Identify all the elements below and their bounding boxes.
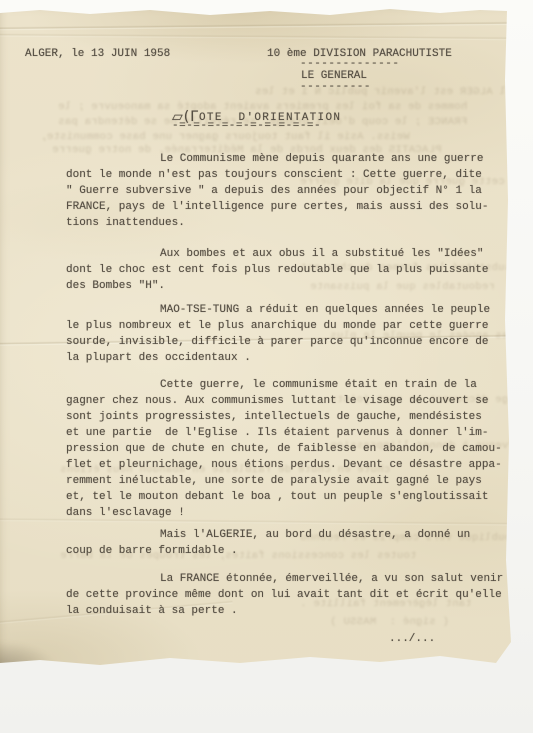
typewritten-text-layer: ALGER, le 13 JUIN 1958 10 ème DIVISION P… <box>0 0 533 733</box>
text-line: dans l'esclavage ! <box>66 505 502 521</box>
text-line: MAO-TSE-TUNG a réduit en quelques années… <box>66 302 502 318</box>
text-line: sourde, invisible, difficile à parer par… <box>66 334 502 350</box>
role-underline: ---------- <box>300 79 371 95</box>
date-line: ALGER, le 13 JUIN 1958 <box>25 46 170 62</box>
text-line: sont joints progressistes, intellectuels… <box>66 409 502 425</box>
text-line: Le Communisme mène depuis quarante ans u… <box>66 151 502 167</box>
text-line: FRANCE, pays de l'intelligence pure cert… <box>66 199 502 215</box>
text-line: flet et pleurnichage, nous étions perdus… <box>66 457 502 473</box>
text-line: dont le choc est cent fois plus redoutab… <box>66 262 502 278</box>
text-line: des Bombes "H". <box>66 278 502 294</box>
text-line: et, tel le mouton debant le boa , tout u… <box>66 489 502 505</box>
text-line: " Guerre subversive " a depuis des année… <box>66 183 502 199</box>
text-line: Aux bombes et aux obus il a substitué le… <box>66 246 502 262</box>
text-line: Mais l'ALGERIE, au bord du désastre, a d… <box>66 527 502 543</box>
text-line: gagner chez nous. Aux communismes luttan… <box>66 393 502 409</box>
paragraph: MAO-TSE-TUNG a réduit en quelques années… <box>66 302 502 366</box>
document-page: annexe le colonel ALGER est l'avenir pub… <box>0 0 533 733</box>
text-line: remment inéluctable, une sorte de paraly… <box>66 473 502 489</box>
paragraph: Cette guerre, le communisme était en tra… <box>66 377 502 521</box>
text-line: Cette guerre, le communisme était en tra… <box>66 377 502 393</box>
scanned-document-photo: annexe le colonel ALGER est l'avenir pub… <box>0 0 533 733</box>
paragraph: Mais l'ALGERIE, au bord du désastre, a d… <box>66 527 502 559</box>
continuation-mark: .../... <box>389 631 435 647</box>
text-line: et une partie de l'Eglise . Ils étaient … <box>66 425 502 441</box>
paragraph: Aux bombes et aux obus il a substitué le… <box>66 246 502 294</box>
paragraph: La FRANCE étonnée, émerveillée, a vu son… <box>66 571 502 619</box>
title-underline: -=-=-=-=-=-=-=-=-=-=- <box>172 118 321 134</box>
text-line: coup de barre formidable . <box>66 543 502 559</box>
text-line: tions inattendues. <box>66 215 502 231</box>
text-line: la conduisait à sa perte . <box>66 603 502 619</box>
text-line: La FRANCE étonnée, émerveillée, a vu son… <box>66 571 502 587</box>
text-line: pression que de chute en chute, de faibl… <box>66 441 502 457</box>
paragraph: Le Communisme mène depuis quarante ans u… <box>66 151 502 231</box>
text-line: de cette province même dont on lui avait… <box>66 587 502 603</box>
text-line: le plus nombreux et le plus anarchique d… <box>66 318 502 334</box>
text-line: la plupart des occidentaux . <box>66 350 502 366</box>
text-line: dont le monde n'est pas toujours conscie… <box>66 167 502 183</box>
